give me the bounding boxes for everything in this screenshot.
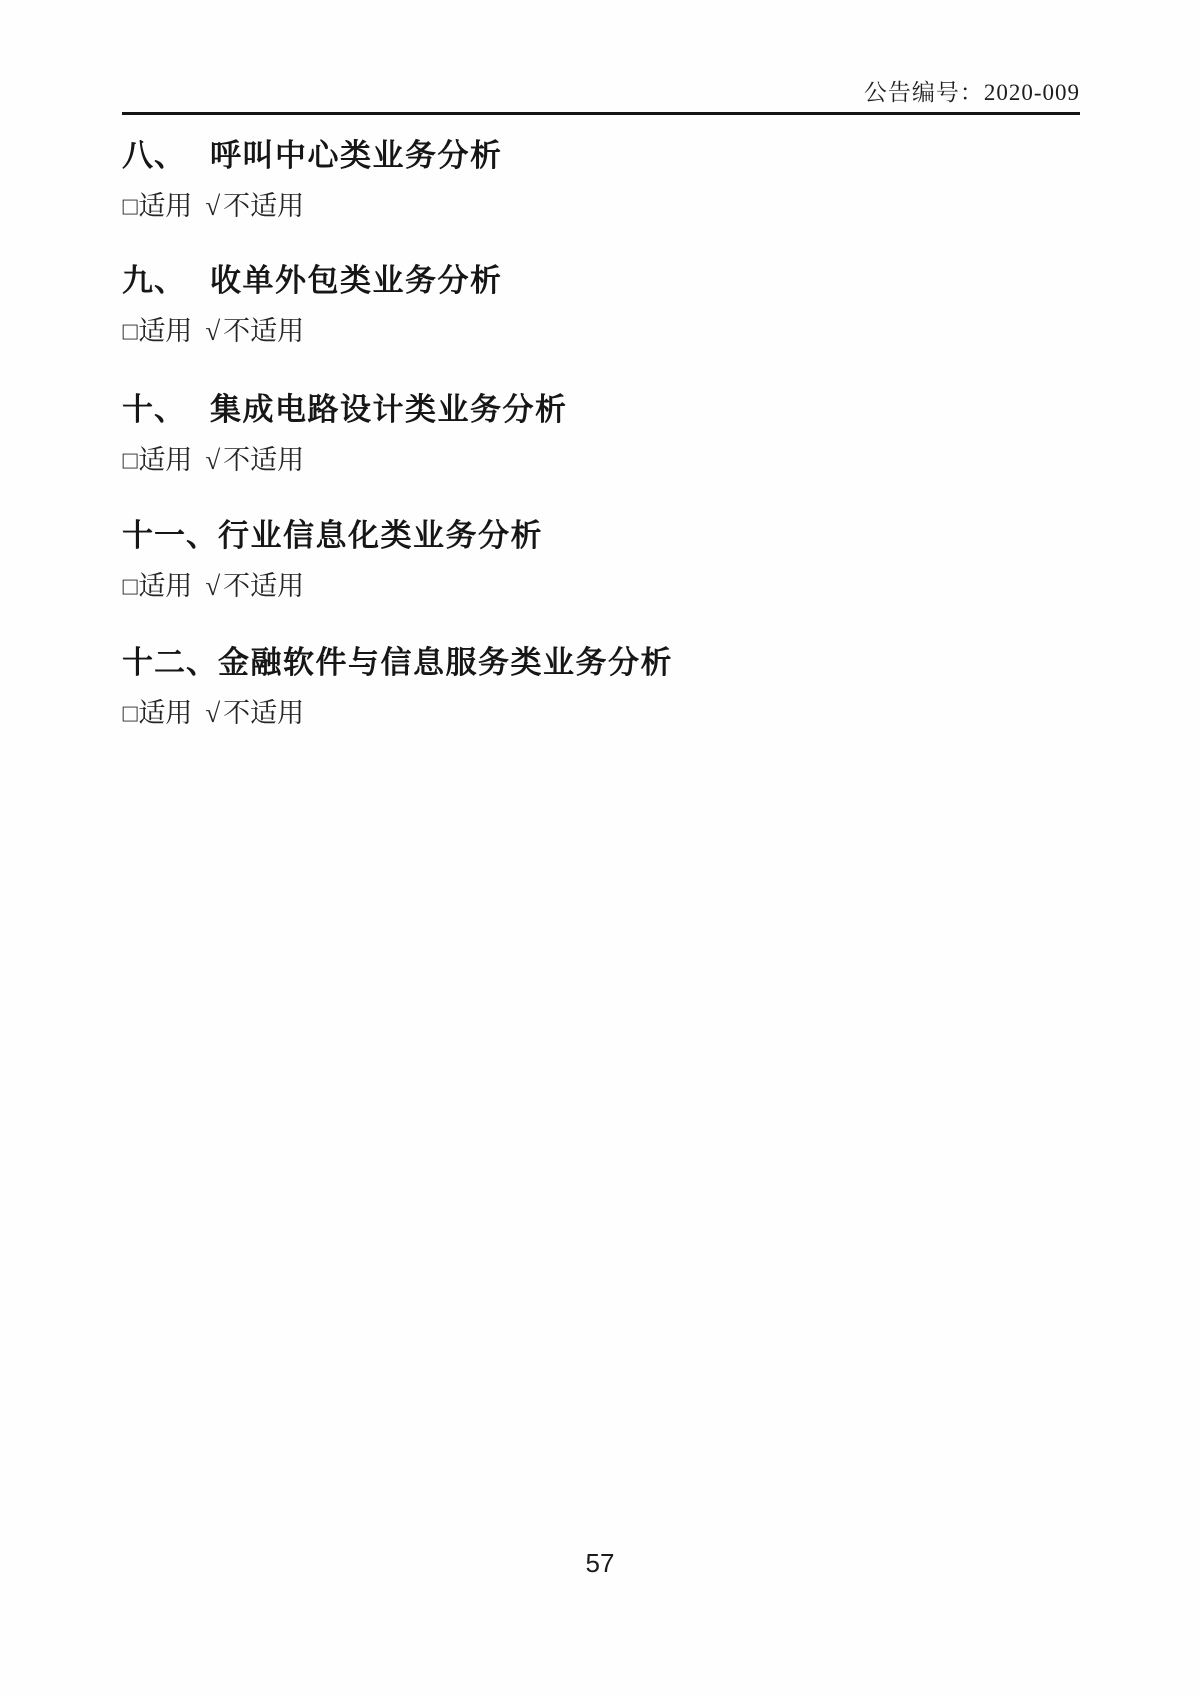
checkbox-empty-icon: □ bbox=[123, 447, 138, 474]
header-rule bbox=[122, 112, 1080, 115]
section-call-center: 八、呼叫中心类业务分析 □适用√不适用 bbox=[122, 140, 1080, 222]
section-number: 十一、 bbox=[122, 520, 218, 551]
section-number: 八、 bbox=[122, 140, 210, 171]
section-heading: 八、呼叫中心类业务分析 bbox=[122, 140, 1080, 171]
section-title: 集成电路设计类业务分析 bbox=[210, 392, 568, 427]
page-number: 57 bbox=[0, 1548, 1200, 1579]
applicability-line: □适用√不适用 bbox=[122, 699, 1080, 729]
applicable-label: 适用 bbox=[138, 698, 192, 728]
checkbox-empty-icon: □ bbox=[123, 193, 138, 220]
checkbox-empty-icon: □ bbox=[123, 318, 138, 345]
applicable-label: 适用 bbox=[138, 191, 192, 221]
not-applicable-label: 不适用 bbox=[223, 698, 304, 728]
section-title: 收单外包类业务分析 bbox=[210, 263, 503, 298]
applicability-line: □适用√不适用 bbox=[122, 192, 1080, 222]
section-heading: 十二、金融软件与信息服务类业务分析 bbox=[122, 647, 1080, 678]
not-applicable-label: 不适用 bbox=[223, 191, 304, 221]
checkmark-icon: √ bbox=[205, 317, 220, 347]
section-title: 呼叫中心类业务分析 bbox=[210, 138, 503, 173]
not-applicable-label: 不适用 bbox=[223, 445, 304, 475]
checkbox-empty-icon: □ bbox=[123, 573, 138, 600]
applicability-line: □适用√不适用 bbox=[122, 446, 1080, 476]
not-applicable-label: 不适用 bbox=[223, 571, 304, 601]
checkmark-icon: √ bbox=[205, 446, 220, 476]
section-number: 十、 bbox=[122, 394, 210, 425]
checkbox-empty-icon: □ bbox=[123, 700, 138, 727]
checkmark-icon: √ bbox=[205, 192, 220, 222]
applicability-line: □适用√不适用 bbox=[122, 572, 1080, 602]
applicable-label: 适用 bbox=[138, 316, 192, 346]
section-heading: 九、收单外包类业务分析 bbox=[122, 265, 1080, 296]
applicable-label: 适用 bbox=[138, 571, 192, 601]
section-heading: 十一、行业信息化类业务分析 bbox=[122, 520, 1080, 551]
section-number: 十二、 bbox=[122, 647, 218, 678]
section-financial-software-services: 十二、金融软件与信息服务类业务分析 □适用√不适用 bbox=[122, 647, 1080, 729]
applicability-line: □适用√不适用 bbox=[122, 317, 1080, 347]
section-industry-informatization: 十一、行业信息化类业务分析 □适用√不适用 bbox=[122, 520, 1080, 602]
section-ic-design: 十、集成电路设计类业务分析 □适用√不适用 bbox=[122, 394, 1080, 476]
section-title: 行业信息化类业务分析 bbox=[218, 518, 543, 553]
document-page: 公告编号：2020-009 八、呼叫中心类业务分析 □适用√不适用 九、收单外包… bbox=[0, 0, 1200, 1696]
section-title: 金融软件与信息服务类业务分析 bbox=[218, 645, 673, 680]
checkmark-icon: √ bbox=[205, 699, 220, 729]
announcement-number: 公告编号：2020-009 bbox=[122, 80, 1080, 105]
checkmark-icon: √ bbox=[205, 572, 220, 602]
not-applicable-label: 不适用 bbox=[223, 316, 304, 346]
applicable-label: 适用 bbox=[138, 445, 192, 475]
section-number: 九、 bbox=[122, 265, 210, 296]
section-heading: 十、集成电路设计类业务分析 bbox=[122, 394, 1080, 425]
section-acquiring-outsourcing: 九、收单外包类业务分析 □适用√不适用 bbox=[122, 265, 1080, 347]
